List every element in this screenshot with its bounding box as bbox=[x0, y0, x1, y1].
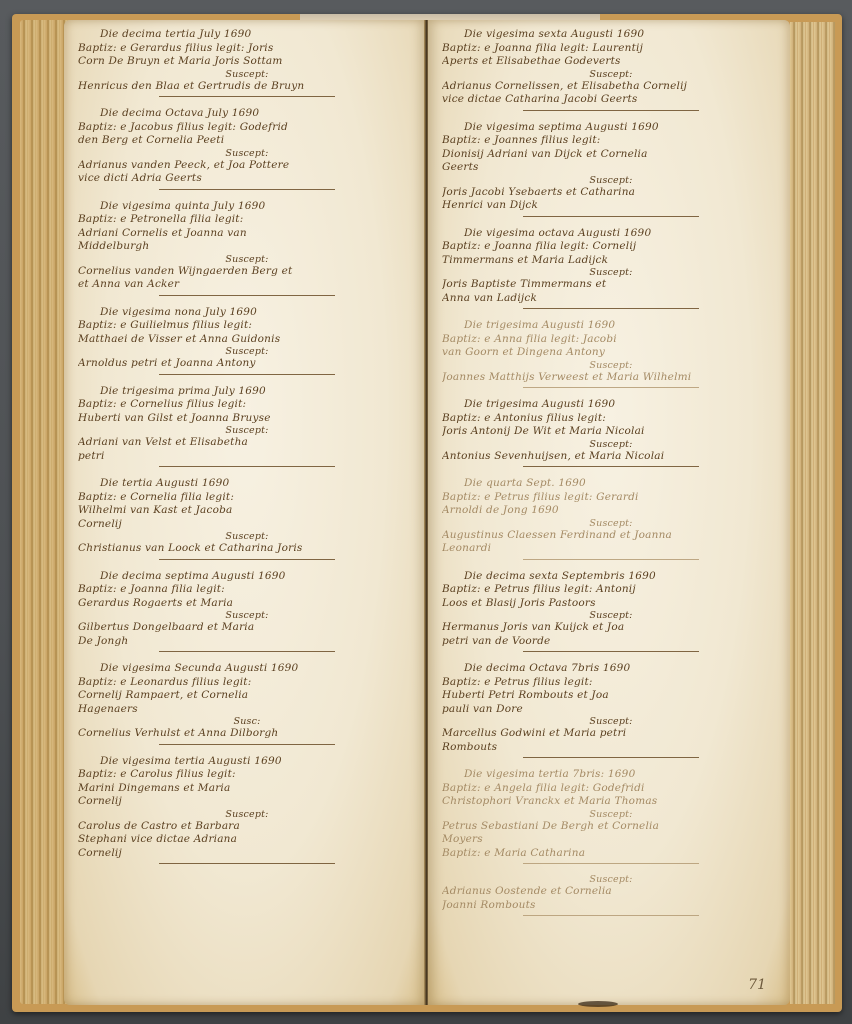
baptism-entry: Die decima Octava 7bris 1690Baptiz: e Pe… bbox=[442, 662, 780, 758]
suscept-label: Suscept: bbox=[442, 716, 780, 727]
sponsor-line: vice dictae Catharina Jacobi Geerts bbox=[442, 93, 780, 107]
entry-separator-rule bbox=[523, 915, 699, 916]
entry-text-line: Christophori Vranckx et Maria Thomas bbox=[442, 795, 780, 809]
entry-date-line: Die vigesima octava Augusti 1690 bbox=[442, 227, 780, 241]
entry-text-line: van Goorn et Dingena Antony bbox=[442, 346, 780, 360]
entry-date-line: Die vigesima quinta July 1690 bbox=[78, 200, 416, 214]
page-block-left-edge bbox=[20, 20, 70, 1004]
sponsor-line: Cornelius vanden Wijngaerden Berg et bbox=[78, 265, 416, 279]
suscept-label: Suscept: bbox=[78, 425, 416, 436]
entry-date-line: Die trigesima Augusti 1690 bbox=[442, 319, 780, 333]
entry-separator-rule bbox=[523, 863, 699, 864]
entry-text-line: Baptiz: e Joanna filia legit: Cornelij bbox=[442, 240, 780, 254]
sponsor-line: Christianus van Loock et Catharina Joris bbox=[78, 542, 416, 556]
entry-date-line: Die quarta Sept. 1690 bbox=[442, 477, 780, 491]
entry-text-line: Loos et Blasij Joris Pastoors bbox=[442, 597, 780, 611]
entry-separator-rule bbox=[523, 387, 699, 388]
entry-separator-rule bbox=[159, 744, 335, 745]
suscept-label: Suscept: bbox=[442, 809, 780, 820]
suscept-label: Suscept: bbox=[442, 175, 780, 186]
entry-text-line: Corn De Bruyn et Maria Joris Sottam bbox=[78, 55, 416, 69]
suscept-label: Suscept: bbox=[78, 531, 416, 542]
sponsor-line: Henrici van Dijck bbox=[442, 199, 780, 213]
entry-text-line: Joris Antonij De Wit et Maria Nicolai bbox=[442, 425, 780, 439]
entry-text-line: Baptiz: e Anna filia legit: Jacobi bbox=[442, 333, 780, 347]
suscept-label: Suscept: bbox=[78, 69, 416, 80]
sponsor-line: et Anna van Acker bbox=[78, 278, 416, 292]
entry-date-line: Die vigesima tertia Augusti 1690 bbox=[78, 755, 416, 769]
entry-date-line: Die vigesima nona July 1690 bbox=[78, 306, 416, 320]
sponsor-line: Gilbertus Dongelbaard et Maria bbox=[78, 621, 416, 635]
baptism-entry: Die vigesima nona July 1690Baptiz: e Gui… bbox=[78, 306, 416, 375]
sponsor-line: petri van de Voorde bbox=[442, 635, 780, 649]
sponsor-line: Henricus den Blaa et Gertrudis de Bruyn bbox=[78, 80, 416, 94]
baptism-entry: Die vigesima septima Augusti 1690Baptiz:… bbox=[442, 121, 780, 217]
entry-text-line: Dionisij Adriani van Dijck et Cornelia bbox=[442, 148, 780, 162]
suscept-label: Suscept: bbox=[78, 254, 416, 265]
entry-text-line: Baptiz: e Petrus filius legit: Antonij bbox=[442, 583, 780, 597]
entry-text-line: Baptiz: e Joannes filius legit: bbox=[442, 134, 780, 148]
page-number: 71 bbox=[748, 977, 766, 993]
entry-date-line: Die vigesima sexta Augusti 1690 bbox=[442, 28, 780, 42]
sponsor-line: Carolus de Castro et Barbara bbox=[78, 820, 416, 834]
baptism-entry: Die vigesima sexta Augusti 1690Baptiz: e… bbox=[442, 28, 780, 111]
baptism-entry: Die vigesima tertia 7bris: 1690Baptiz: e… bbox=[442, 768, 780, 864]
baptism-entry: Die quarta Sept. 1690Baptiz: e Petrus fi… bbox=[442, 477, 780, 560]
entry-text-line: Geerts bbox=[442, 161, 780, 175]
sponsor-line: Adrianus Cornelissen, et Elisabetha Corn… bbox=[442, 80, 780, 94]
entry-text-line: Huberti Petri Rombouts et Joa bbox=[442, 689, 780, 703]
entry-text-line: Baptiz: e Gerardus filius legit: Joris bbox=[78, 42, 416, 56]
entry-text-line: Matthaei de Visser et Anna Guidonis bbox=[78, 333, 416, 347]
page-block-right-edge bbox=[790, 22, 835, 1004]
entry-text-line: Baptiz: e Carolus filius legit: bbox=[78, 768, 416, 782]
entry-separator-rule bbox=[159, 651, 335, 652]
entry-text-line: Huberti van Gilst et Joanna Bruyse bbox=[78, 412, 416, 426]
entry-separator-rule bbox=[523, 757, 699, 758]
baptism-entry: Die decima tertia July 1690Baptiz: e Ger… bbox=[78, 28, 416, 97]
entry-text-line: Wilhelmi van Kast et Jacoba bbox=[78, 504, 416, 518]
sponsor-line: Anna van Ladijck bbox=[442, 292, 780, 306]
suscept-label: Suscept: bbox=[442, 874, 780, 885]
baptism-entry: Die trigesima Augusti 1690Baptiz: e Anna… bbox=[442, 319, 780, 388]
entry-text-line: Aperts et Elisabethae Godeverts bbox=[442, 55, 780, 69]
entry-separator-rule bbox=[159, 189, 335, 190]
baptism-entry: Die decima sexta Septembris 1690Baptiz: … bbox=[442, 570, 780, 653]
entry-separator-rule bbox=[523, 559, 699, 560]
suscept-label: Suscept: bbox=[442, 69, 780, 80]
entry-text-line: Baptiz: e Cornelius filius legit: bbox=[78, 398, 416, 412]
suscept-label: Suscept: bbox=[442, 360, 780, 371]
suscept-label: Suscept: bbox=[78, 346, 416, 357]
sponsor-line: Joanni Rombouts bbox=[442, 899, 780, 913]
sponsor-line: vice dicti Adria Geerts bbox=[78, 172, 416, 186]
sponsor-line: Arnoldus petri et Joanna Antony bbox=[78, 357, 416, 371]
suscept-label: Susc: bbox=[78, 716, 416, 727]
baptism-entry: Die trigesima Augusti 1690Baptiz: e Anto… bbox=[442, 398, 780, 467]
sponsor-line: De Jongh bbox=[78, 635, 416, 649]
sponsor-line: Adrianus vanden Peeck, et Joa Pottere bbox=[78, 159, 416, 173]
ink-blot bbox=[578, 1001, 618, 1007]
entry-date-line: Die trigesima Augusti 1690 bbox=[442, 398, 780, 412]
entry-date-line: Die decima Octava July 1690 bbox=[78, 107, 416, 121]
entry-separator-rule bbox=[523, 110, 699, 111]
entry-text-line: Cornelij Rampaert, et Cornelia bbox=[78, 689, 416, 703]
sponsor-line: Marcellus Godwini et Maria petri bbox=[442, 727, 780, 741]
entry-text-line: Baptiz: e Guilielmus filius legit: bbox=[78, 319, 416, 333]
entry-date-line: Die decima Octava 7bris 1690 bbox=[442, 662, 780, 676]
sponsor-line: Adriani van Velst et Elisabetha bbox=[78, 436, 416, 450]
entry-text-line: Middelburgh bbox=[78, 240, 416, 254]
sponsor-line: Petrus Sebastiani De Bergh et Cornelia bbox=[442, 820, 780, 834]
sponsor-line: Moyers bbox=[442, 833, 780, 847]
entry-date-line: Die tertia Augusti 1690 bbox=[78, 477, 416, 491]
entry-text-line: Timmermans et Maria Ladijck bbox=[442, 254, 780, 268]
right-page: Die vigesima sexta Augusti 1690Baptiz: e… bbox=[428, 20, 790, 1005]
entry-text-line: Baptiz: e Joanna filia legit: Laurentij bbox=[442, 42, 780, 56]
sponsor-line: Rombouts bbox=[442, 741, 780, 755]
baptism-entry: Die trigesima prima July 1690Baptiz: e C… bbox=[78, 385, 416, 468]
sponsor-line: Adrianus Oostende et Cornelia bbox=[442, 885, 780, 899]
entry-separator-rule bbox=[523, 466, 699, 467]
baptism-entry: Die vigesima octava Augusti 1690Baptiz: … bbox=[442, 227, 780, 310]
entry-text-line: Baptiz: e Antonius filius legit: bbox=[442, 412, 780, 426]
entry-date-line: Die decima sexta Septembris 1690 bbox=[442, 570, 780, 584]
baptism-entry: Die vigesima tertia Augusti 1690Baptiz: … bbox=[78, 755, 416, 865]
entry-date-line: Die vigesima septima Augusti 1690 bbox=[442, 121, 780, 135]
sponsor-line: Joris Baptiste Timmermans et bbox=[442, 278, 780, 292]
suscept-label: Suscept: bbox=[442, 610, 780, 621]
right-page-entries: Die vigesima sexta Augusti 1690Baptiz: e… bbox=[442, 28, 780, 926]
entry-separator-rule bbox=[159, 96, 335, 97]
sponsor-line: Antonius Sevenhuijsen, et Maria Nicolai bbox=[442, 450, 780, 464]
entry-separator-rule bbox=[523, 308, 699, 309]
entry-separator-rule bbox=[159, 863, 335, 864]
entry-text-line: Baptiz: e Petrus filius legit: Gerardi bbox=[442, 491, 780, 505]
sponsor-line: petri bbox=[78, 450, 416, 464]
baptism-entry: Die vigesima quinta July 1690Baptiz: e P… bbox=[78, 200, 416, 296]
baptism-entry: Die decima Octava July 1690Baptiz: e Jac… bbox=[78, 107, 416, 190]
sponsor-line: Cornelij bbox=[78, 847, 416, 861]
sponsor-line: Cornelius Verhulst et Anna Dilborgh bbox=[78, 727, 416, 741]
entry-text-line: Baptiz: e Leonardus filius legit: bbox=[78, 676, 416, 690]
suscept-label: Suscept: bbox=[442, 439, 780, 450]
entry-text-line: Cornelij bbox=[78, 518, 416, 532]
baptism-entry: Die decima septima Augusti 1690Baptiz: e… bbox=[78, 570, 416, 653]
entry-text-line: Baptiz: e Angela filia legit: Godefridi bbox=[442, 782, 780, 796]
entry-text-line: den Berg et Cornelia Peeti bbox=[78, 134, 416, 148]
entry-separator-rule bbox=[523, 216, 699, 217]
entry-text-line: Baptiz: e Cornelia filia legit: bbox=[78, 491, 416, 505]
entry-separator-rule bbox=[523, 651, 699, 652]
suscept-label: Suscept: bbox=[78, 610, 416, 621]
entry-text-line: Marini Dingemans et Maria bbox=[78, 782, 416, 796]
entry-text-line: Baptiz: e Petrus filius legit: bbox=[442, 676, 780, 690]
entry-text-line: Hagenaers bbox=[78, 703, 416, 717]
sponsor-line: Stephani vice dictae Adriana bbox=[78, 833, 416, 847]
entry-separator-rule bbox=[159, 559, 335, 560]
baptism-entry: Die vigesima Secunda Augusti 1690Baptiz:… bbox=[78, 662, 416, 745]
entry-separator-rule bbox=[159, 466, 335, 467]
entry-text-line: Baptiz: e Joanna filia legit: bbox=[78, 583, 416, 597]
sponsor-line: Baptiz: e Maria Catharina bbox=[442, 847, 780, 861]
sponsor-line: Leonardi bbox=[442, 542, 780, 556]
entry-text-line: Arnoldi de Jong 1690 bbox=[442, 504, 780, 518]
sponsor-line: Joannes Matthijs Verweest et Maria Wilhe… bbox=[442, 371, 780, 385]
sponsor-line: Hermanus Joris van Kuijck et Joa bbox=[442, 621, 780, 635]
left-page-entries: Die decima tertia July 1690Baptiz: e Ger… bbox=[78, 28, 416, 874]
entry-text-line: Gerardus Rogaerts et Maria bbox=[78, 597, 416, 611]
entry-date-line: Die decima tertia July 1690 bbox=[78, 28, 416, 42]
suscept-label: Suscept: bbox=[442, 518, 780, 529]
entry-separator-rule bbox=[159, 374, 335, 375]
suscept-label: Suscept: bbox=[442, 267, 780, 278]
suscept-label: Suscept: bbox=[78, 148, 416, 159]
baptism-entry: Suscept:Adrianus Oostende et CorneliaJoa… bbox=[442, 874, 780, 916]
entry-text-line: pauli van Dore bbox=[442, 703, 780, 717]
sponsor-line: Joris Jacobi Ysebaerts et Catharina bbox=[442, 186, 780, 200]
baptism-entry: Die tertia Augusti 1690Baptiz: e Corneli… bbox=[78, 477, 416, 560]
entry-text-line: Adriani Cornelis et Joanna van bbox=[78, 227, 416, 241]
entry-date-line: Die vigesima tertia 7bris: 1690 bbox=[442, 768, 780, 782]
entry-date-line: Die trigesima prima July 1690 bbox=[78, 385, 416, 399]
entry-text-line: Baptiz: e Jacobus filius legit: Godefrid bbox=[78, 121, 416, 135]
sponsor-line: Augustinus Claessen Ferdinand et Joanna bbox=[442, 529, 780, 543]
entry-separator-rule bbox=[159, 295, 335, 296]
entry-date-line: Die vigesima Secunda Augusti 1690 bbox=[78, 662, 416, 676]
entry-text-line: Cornelij bbox=[78, 795, 416, 809]
suscept-label: Suscept: bbox=[78, 809, 416, 820]
left-page: Die decima tertia July 1690Baptiz: e Ger… bbox=[64, 20, 426, 1005]
entry-text-line: Baptiz: e Petronella filia legit: bbox=[78, 213, 416, 227]
entry-date-line: Die decima septima Augusti 1690 bbox=[78, 570, 416, 584]
